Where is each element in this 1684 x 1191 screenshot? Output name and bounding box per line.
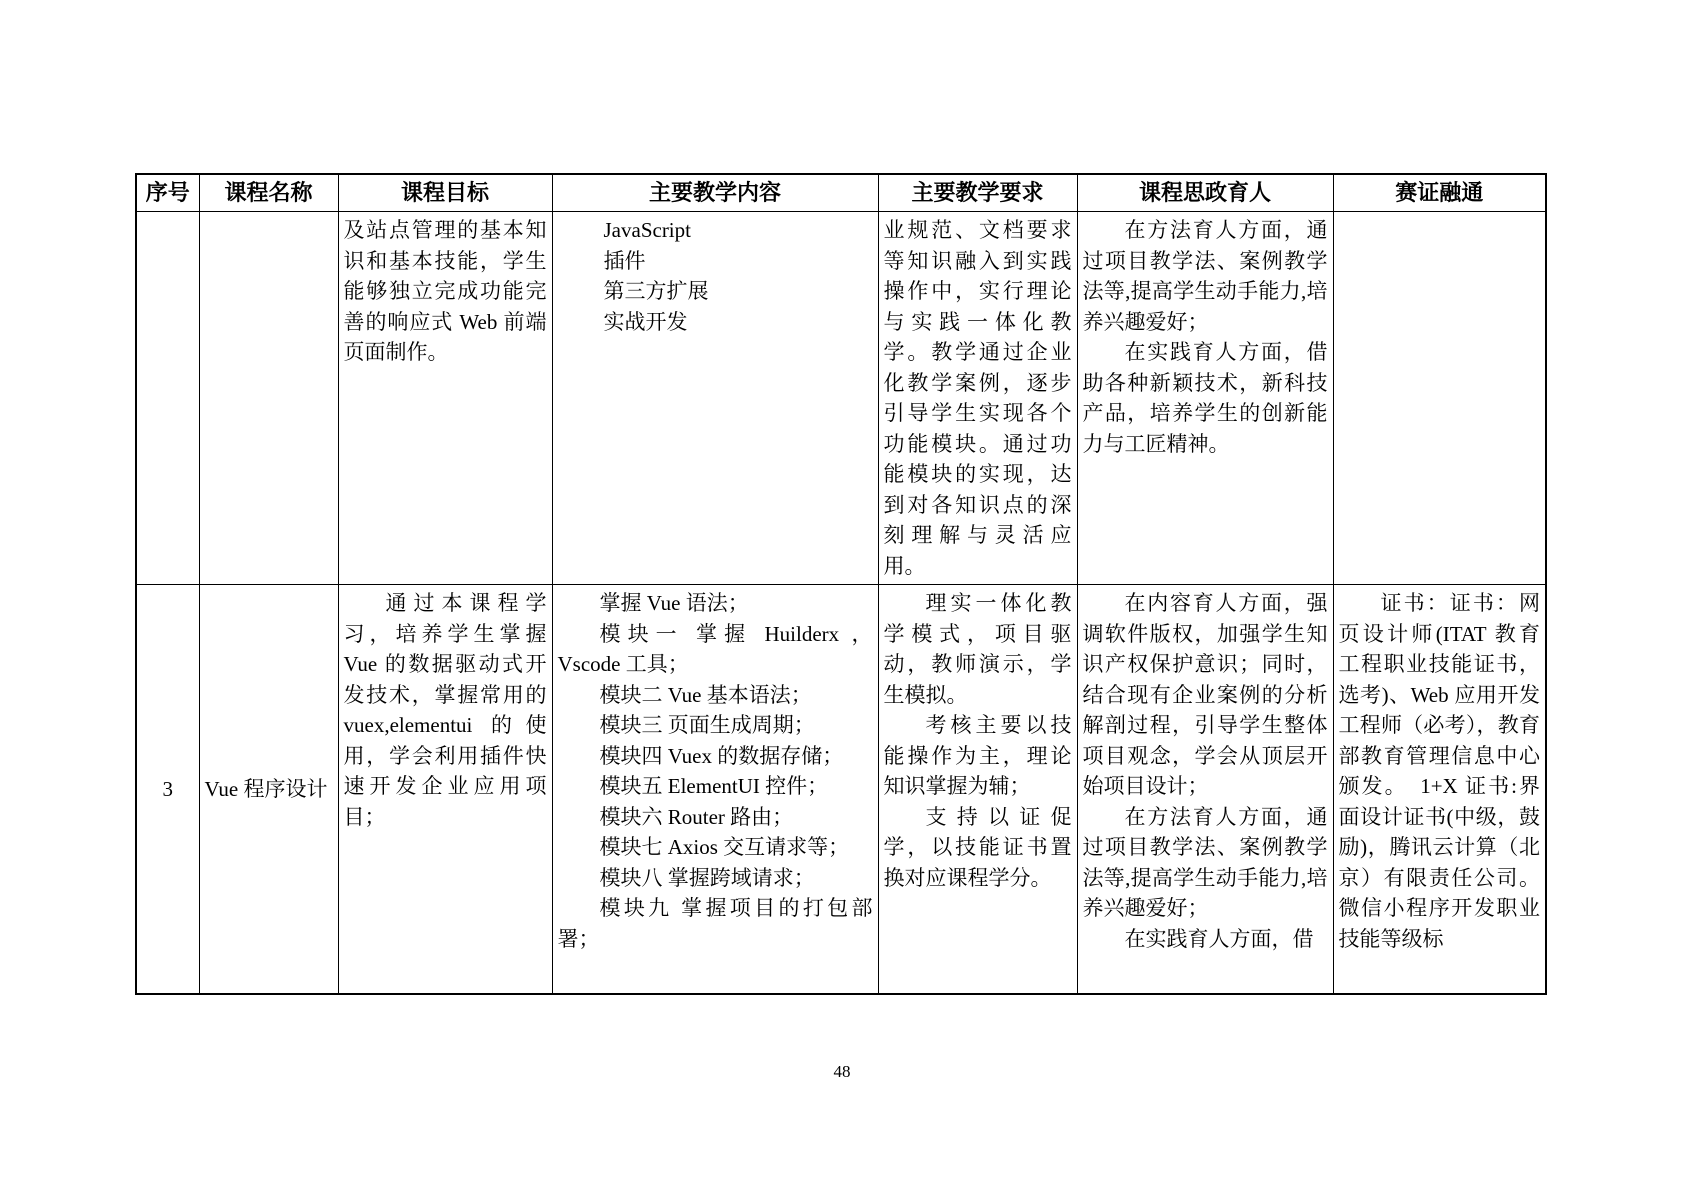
header-cell-course-name: 课程名称 [199, 174, 338, 212]
paragraph: 模块一 掌握 Huilderx ，Vscode 工具； [558, 619, 873, 680]
paragraph: 插件 [558, 246, 873, 277]
cell-index [136, 212, 199, 585]
paragraph: 模块八 掌握跨域请求； [558, 863, 873, 894]
cell-certification: 证书：证书：网页设计师(ITAT 教育工程职业技能证书，选考)、Web 应用开发… [1333, 585, 1546, 995]
header-cell-course-goal: 课程目标 [338, 174, 552, 212]
paragraph: 在方法育人方面，通过项目教学法、案例教学法等,提高学生动手能力,培养兴趣爱好； [1083, 215, 1328, 337]
header-cell-teaching-requirements: 主要教学要求 [878, 174, 1077, 212]
paragraph: 模块三 页面生成周期； [558, 710, 873, 741]
document-page: 序号 课程名称 课程目标 主要教学内容 主要教学要求 课程思政育人 赛证融通 及… [0, 0, 1684, 1191]
paragraph: 模块九 掌握项目的打包部署； [558, 893, 873, 954]
table-row-continuation: 及站点管理的基本知识和基本技能，学生能够独立完成功能完善的响应式 Web 前端页… [136, 212, 1546, 585]
cell-course-goal: 通过本课程学习，培养学生掌握 Vue 的数据驱动式开发技术，掌握常用的 vuex… [338, 585, 552, 995]
course-table: 序号 课程名称 课程目标 主要教学内容 主要教学要求 课程思政育人 赛证融通 及… [135, 173, 1547, 995]
paragraph: 理实一体化教学模式，项目驱动，教师演示，学生模拟。 [884, 588, 1072, 710]
paragraph: 业规范、文档要求等知识融入到实践操作中，实行理论与实践一体化教学。教学通过企业化… [884, 215, 1072, 581]
cell-course-name [199, 212, 338, 585]
paragraph: 模块四 Vuex 的数据存储； [558, 741, 873, 772]
cell-teaching-requirements: 理实一体化教学模式，项目驱动，教师演示，学生模拟。考核主要以技能操作为主，理论知… [878, 585, 1077, 995]
paragraph: JavaScript [558, 215, 873, 246]
paragraph: 第三方扩展 [558, 276, 873, 307]
header-cell-certification: 赛证融通 [1333, 174, 1546, 212]
cell-ideology: 在方法育人方面，通过项目教学法、案例教学法等,提高学生动手能力,培养兴趣爱好；在… [1077, 212, 1333, 585]
paragraph: 实战开发 [558, 307, 873, 338]
cell-index: 3 [136, 585, 199, 995]
paragraph: 模块二 Vue 基本语法； [558, 680, 873, 711]
paragraph: 在实践育人方面，借助各种新颖技术，新科技产品，培养学生的创新能力与工匠精神。 [1083, 337, 1328, 459]
header-cell-teaching-content: 主要教学内容 [552, 174, 878, 212]
cell-teaching-content: 掌握 Vue 语法；模块一 掌握 Huilderx ，Vscode 工具；模块二… [552, 585, 878, 995]
paragraph: 模块七 Axios 交互请求等； [558, 832, 873, 863]
paragraph: 支持以证促学，以技能证书置换对应课程学分。 [884, 802, 1072, 894]
cell-certification [1333, 212, 1546, 585]
cell-teaching-content: JavaScript插件第三方扩展实战开发 [552, 212, 878, 585]
cell-ideology: 在内容育人方面，强调软件版权，加强学生知识产权保护意识；同时，结合现有企业案例的… [1077, 585, 1333, 995]
paragraph: 模块五 ElementUI 控件； [558, 771, 873, 802]
paragraph: 在方法育人方面，通过项目教学法、案例教学法等,提高学生动手能力,培养兴趣爱好； [1083, 802, 1328, 924]
header-cell-ideology: 课程思政育人 [1077, 174, 1333, 212]
paragraph: 通过本课程学习，培养学生掌握 Vue 的数据驱动式开发技术，掌握常用的 vuex… [344, 588, 547, 832]
paragraph: 模块六 Router 路由； [558, 802, 873, 833]
cell-teaching-requirements: 业规范、文档要求等知识融入到实践操作中，实行理论与实践一体化教学。教学通过企业化… [878, 212, 1077, 585]
table-row-vue-course: 3 Vue 程序设计 通过本课程学习，培养学生掌握 Vue 的数据驱动式开发技术… [136, 585, 1546, 995]
paragraph: 及站点管理的基本知识和基本技能，学生能够独立完成功能完善的响应式 Web 前端页… [344, 215, 547, 368]
paragraph: 证书：证书：网页设计师(ITAT 教育工程职业技能证书，选考)、Web 应用开发… [1339, 588, 1541, 954]
paragraph: 掌握 Vue 语法； [558, 588, 873, 619]
cell-course-goal: 及站点管理的基本知识和基本技能，学生能够独立完成功能完善的响应式 Web 前端页… [338, 212, 552, 585]
table-header-row: 序号 课程名称 课程目标 主要教学内容 主要教学要求 课程思政育人 赛证融通 [136, 174, 1546, 212]
page-number: 48 [0, 1062, 1684, 1082]
cell-course-name: Vue 程序设计 [199, 585, 338, 995]
paragraph: 在实践育人方面，借 [1083, 924, 1328, 955]
paragraph: 在内容育人方面，强调软件版权，加强学生知识产权保护意识；同时，结合现有企业案例的… [1083, 588, 1328, 802]
header-cell-index: 序号 [136, 174, 199, 212]
paragraph: 考核主要以技能操作为主，理论知识掌握为辅； [884, 710, 1072, 802]
